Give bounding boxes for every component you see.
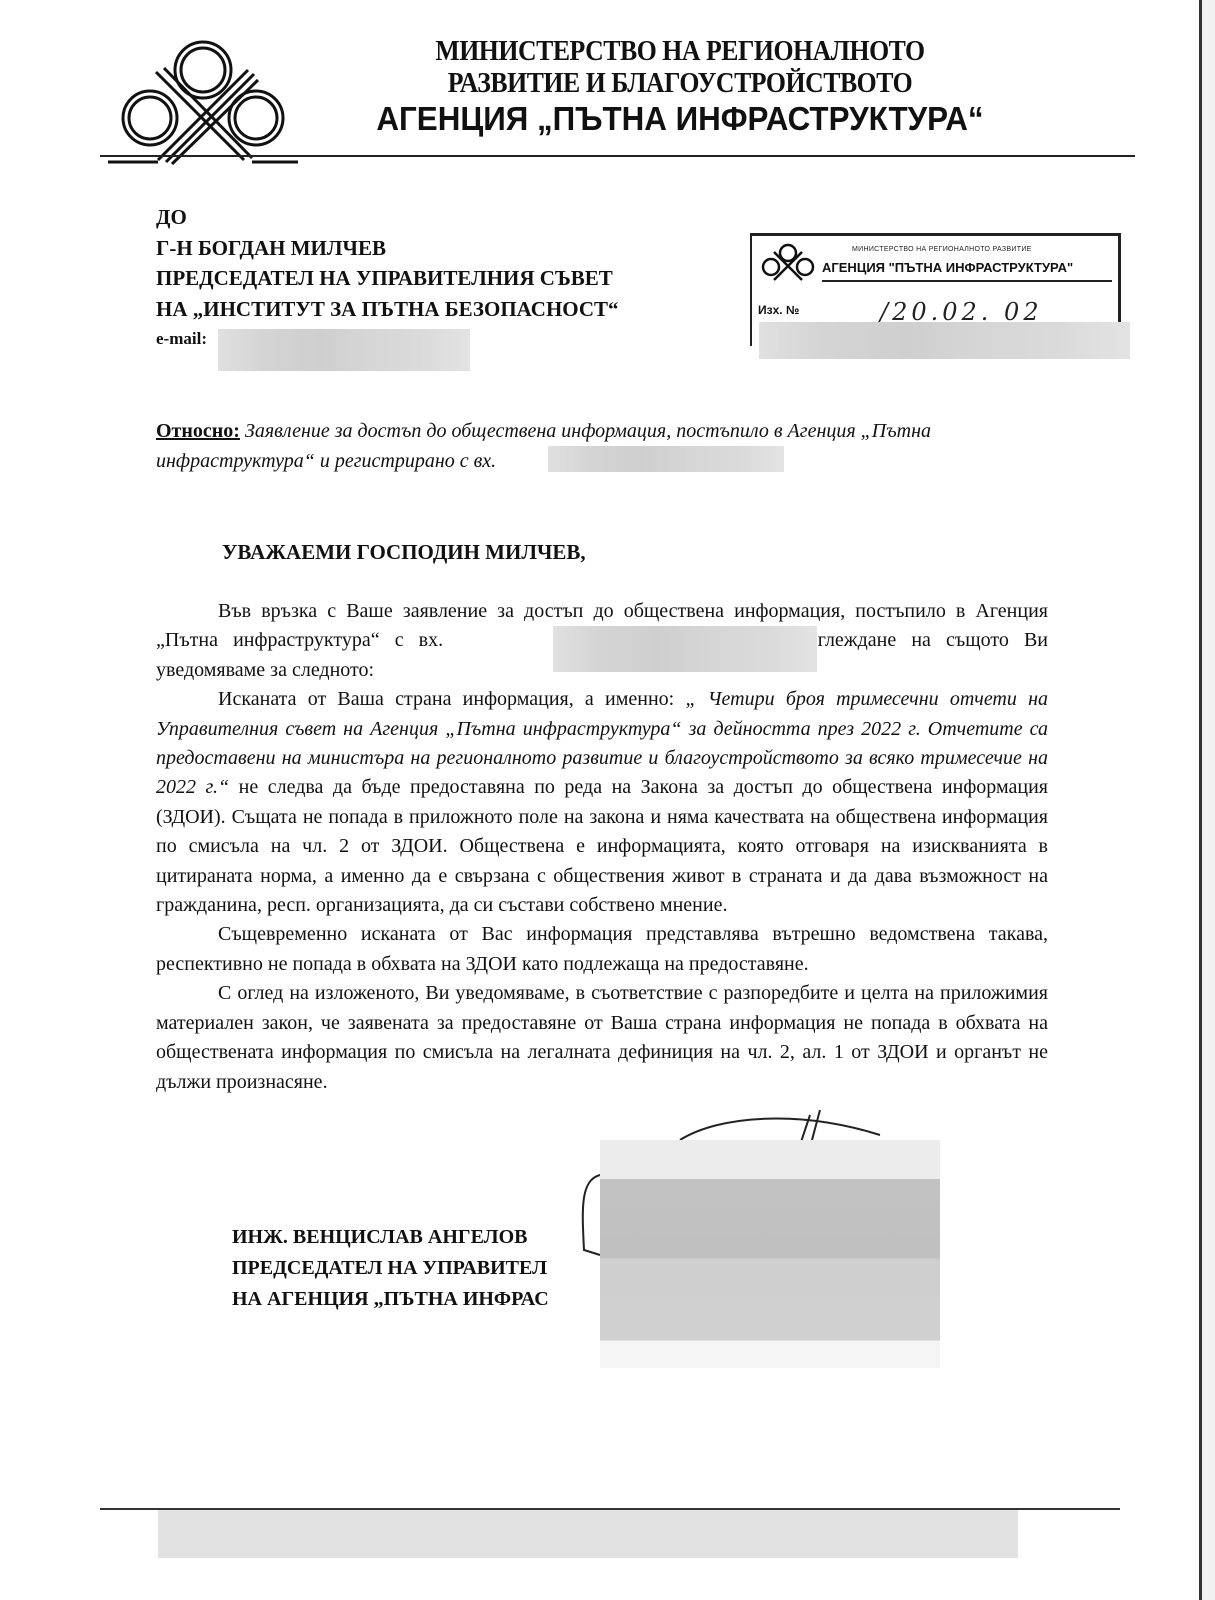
addressee-to: ДО [156, 202, 619, 233]
signatory-position-line2: НА АГЕНЦИЯ „ПЪТНА ИНФРАС [232, 1284, 549, 1315]
subject-text: Заявление за достъп до обществена информ… [156, 420, 931, 472]
addressee-name: Г-Н БОГДАН МИЛЧЕВ [156, 233, 619, 264]
addressee-position-line2: НА „ИНСТИТУТ ЗА ПЪТНА БЕЗОПАСНОСТ“ [156, 294, 619, 325]
paragraph-3: Същевременно исканата от Вас информация … [156, 920, 1048, 979]
paragraph-4: С оглед на изложеното, Ви уведомяваме, в… [156, 979, 1048, 1097]
stamp-agency: АГЕНЦИЯ "ПЪТНА ИНФРАСТРУКТУРА" [822, 260, 1073, 275]
greeting: УВАЖАЕМИ ГОСПОДИН МИЛЧЕВ, [222, 540, 586, 565]
signatory-name: ИНЖ. ВЕНЦИСЛАВ АНГЕЛОВ [232, 1222, 549, 1253]
signatory-block: ИНЖ. ВЕНЦИСЛАВ АНГЕЛОВ ПРЕДСЕДАТЕЛ НА УП… [232, 1222, 549, 1315]
paragraph-2: Исканата от Ваша страна информация, а им… [156, 685, 1048, 920]
outgoing-number-label: Изх. № [758, 303, 799, 317]
subject-reference-redaction [548, 446, 784, 472]
stamp-number-redaction [759, 322, 1130, 359]
agency-name: АГЕНЦИЯ „ПЪТНА ИНФРАСТРУКТУРА“ [310, 100, 1051, 138]
ministry-name-line1: МИНИСТЕРСТВО НА РЕГИОНАЛНОТО [330, 36, 1029, 68]
ministry-name-line2: РАЗВИТИЕ И БЛАГОУСТРОЙСТВОТО [330, 68, 1029, 100]
addressee-position-line1: ПРЕДСЕДАТЕЛ НА УПРАВИТЕЛНИЯ СЪВЕТ [156, 263, 619, 294]
stamp-divider [822, 280, 1112, 282]
viewer-background [1202, 0, 1215, 1600]
stamp-ministry: МИНИСТЕРСТВО НА РЕГИОНАЛНОТО РАЗВИТИЕ [852, 246, 1032, 253]
signature-redaction [600, 1140, 940, 1368]
agency-logo-icon [108, 30, 298, 165]
body-reference-redaction [553, 626, 817, 672]
subject-label: Относно: [156, 420, 240, 442]
signatory-position-line1: ПРЕДСЕДАТЕЛ НА УПРАВИТЕЛ [232, 1253, 549, 1284]
footer-address-redaction [158, 1510, 1018, 1558]
header-divider [100, 155, 1135, 157]
stamp-logo-icon [760, 242, 816, 282]
email-redaction [218, 329, 470, 371]
